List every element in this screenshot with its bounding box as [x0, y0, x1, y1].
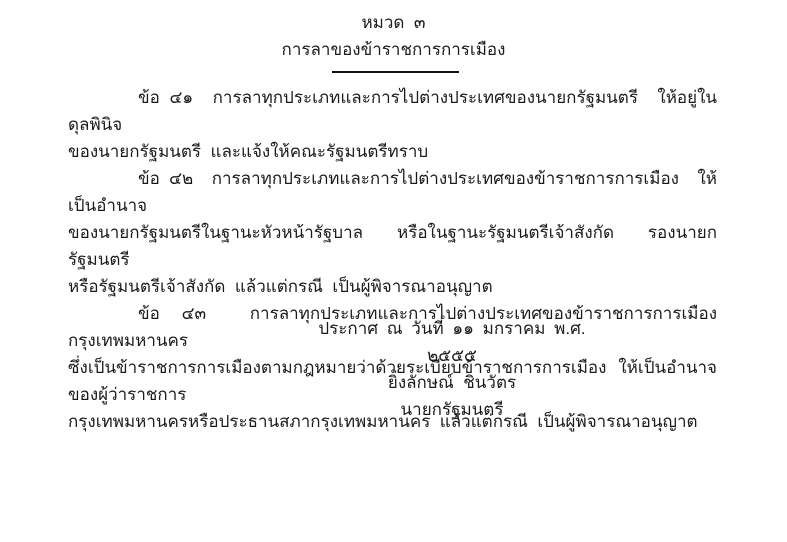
- clause-41-line-2: ของนายกรัฐมนตรี และแจ้งให้คณะรัฐมนตรีทรา…: [68, 138, 717, 165]
- clause-41-line-1: ข้อ ๔๑ การลาทุกประเภทและการไปต่างประเทศข…: [68, 84, 717, 138]
- document-page: หมวด ๓ การลาของข้าราชการการเมือง ข้อ ๔๑ …: [0, 0, 787, 542]
- signatory-title: นายกรัฐมนตรี: [302, 396, 602, 423]
- promulgation-date: ประกาศ ณ วันที่ ๑๑ มกราคม พ.ศ. ๒๕๕๕: [302, 315, 602, 369]
- divider-line: [332, 71, 459, 73]
- signature-block: ประกาศ ณ วันที่ ๑๑ มกราคม พ.ศ. ๒๕๕๕ ยิ่ง…: [302, 315, 602, 423]
- chapter-heading: หมวด ๓: [0, 9, 787, 36]
- divider-wrap: [2, 71, 787, 73]
- clause-42-line-3: หรือรัฐมนตรีเจ้าสังกัด แล้วแต่กรณี เป็นผ…: [68, 273, 717, 300]
- clause-42-line-1: ข้อ ๔๒ การลาทุกประเภทและการไปต่างประเทศข…: [68, 165, 717, 219]
- signatory-name: ยิ่งลักษณ์ ชินวัตร: [302, 369, 602, 396]
- section-heading: การลาของข้าราชการการเมือง: [0, 36, 787, 63]
- document-header: หมวด ๓ การลาของข้าราชการการเมือง: [0, 9, 787, 73]
- clause-42-line-2: ของนายกรัฐมนตรีในฐานะหัวหน้ารัฐบาล หรือใ…: [68, 219, 717, 273]
